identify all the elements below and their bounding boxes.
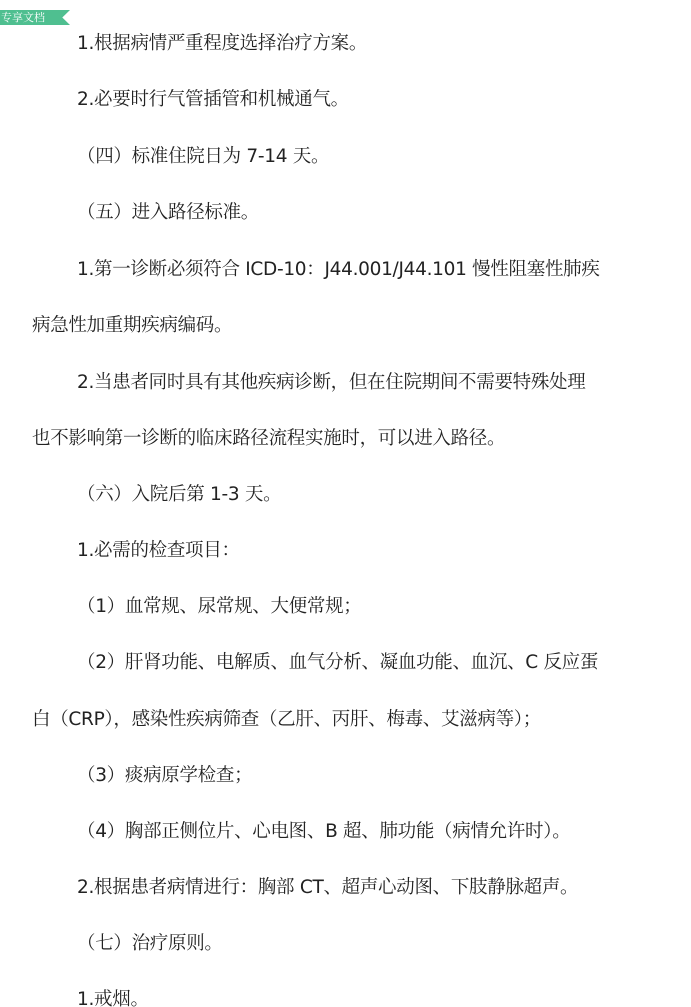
paragraph-line: 1.戒烟。 <box>77 988 691 1007</box>
list-item: （3）痰病原学检查； <box>77 764 691 788</box>
paragraph-line: 2.根据患者病情进行：胸部 CT、超声心动图、下肢静脉超声。 <box>77 876 691 900</box>
paragraph-line-continuation: 病急性加重期疾病编码。 <box>32 314 662 338</box>
section-heading-6: （六）入院后第 1-3 天。 <box>77 483 691 507</box>
section-heading-4: （四）标准住院日为 7-14 天。 <box>77 145 691 169</box>
list-item: （2）肝肾功能、电解质、血气分析、凝血功能、血沉、C 反应蛋 <box>77 651 691 675</box>
paragraph-line: 2.必要时行气管插管和机械通气。 <box>77 88 691 112</box>
document-page: 专享文档 1.根据病情严重程度选择治疗方案。 2.必要时行气管插管和机械通气。 … <box>0 0 691 1007</box>
list-item-continuation: 白（CRP），感染性疾病筛查（乙肝、丙肝、梅毒、艾滋病等）； <box>32 708 662 732</box>
paragraph-line: 1.必需的检查项目： <box>77 539 691 563</box>
paragraph-line-continuation: 也不影响第一诊断的临床路径流程实施时，可以进入路径。 <box>32 427 662 451</box>
section-heading-5: （五）进入路径标准。 <box>77 201 691 225</box>
paragraph-line: 2.当患者同时具有其他疾病诊断，但在住院期间不需要特殊处理 <box>77 371 691 395</box>
exclusive-document-badge: 专享文档 <box>0 10 70 25</box>
list-item: （1）血常规、尿常规、大便常规； <box>77 595 691 619</box>
paragraph-line: 1.根据病情严重程度选择治疗方案。 <box>77 32 691 56</box>
paragraph-line: 1.第一诊断必须符合 ICD-10：J44.001/J44.101 慢性阻塞性肺… <box>77 258 691 282</box>
list-item: （4）胸部正侧位片、心电图、B 超、肺功能（病情允许时）。 <box>77 820 691 844</box>
section-heading-7: （七）治疗原则。 <box>77 932 691 956</box>
